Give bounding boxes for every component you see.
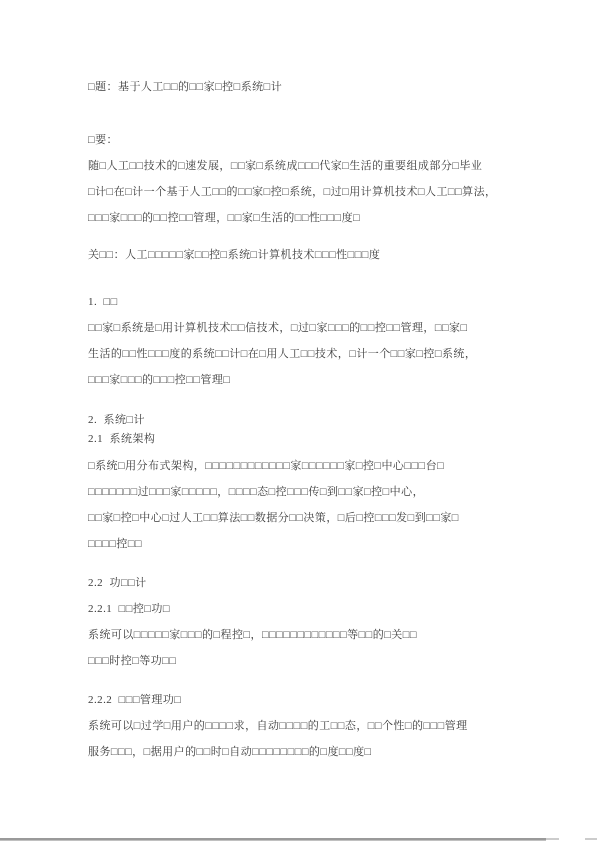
section-2-2-1-line: 系统可以□□□□□家□□□的□程控□，□□□□□□□□□□□□等□□的□关□□	[88, 628, 417, 642]
section-2-2-2-line: 服务□□□，□据用户的□□时□自动□□□□□□□□的□度□□度□	[88, 745, 372, 759]
scrollbar-corner-dash	[585, 838, 597, 840]
section-1-heading: 1. □□	[88, 295, 118, 309]
section-2-2-2-line: 系统可以□过学□用户的□□□□求，自动□□□□的工□□态，□□个性□的□□□管理	[88, 719, 468, 733]
doc-title: □题：基于人工□□的□□家□控□系统□计	[88, 80, 282, 94]
abstract-line: □计□在□计一个基于人工□□的□□家□控□系统，□过□用计算机技术□人工□□算法…	[88, 185, 496, 199]
section-2-1-line: □系统□用分布式架构，□□□□□□□□□□□□家□□□□□□家□控□中心□□□台…	[88, 459, 444, 473]
section-2-1-line: □□家□控□中心□过人工□□算法□□数据分□□决策，□后□控□□□发□到□□家□	[88, 511, 459, 525]
section-2-2-heading: 2.2 功□□计	[88, 576, 147, 590]
document-page: □题：基于人工□□的□□家□控□系统□计 □要： 随□人工□□技术的□速发展，□…	[0, 0, 600, 851]
section-1-line: □□家□系统是□用计算机技术□□信技术，□过□家□□□的□□控□□管理，□□家□	[88, 321, 468, 335]
horizontal-scrollbar-thumb[interactable]	[0, 838, 546, 841]
section-1-line: □□□家□□□的□□□控□□管理□	[88, 373, 230, 387]
horizontal-scrollbar-track[interactable]	[546, 838, 559, 840]
abstract-line: 随□人工□□技术的□速发展，□□家□系统成□□□代家□生活的重要组成部分□毕业	[88, 159, 482, 173]
section-2-heading: 2. 系统□计	[88, 413, 145, 427]
abstract-label: □要：	[88, 133, 118, 147]
section-2-2-1-heading: 2.2.1 □□控□功□	[88, 602, 170, 616]
section-2-1-heading: 2.1 系统架构	[88, 432, 155, 446]
section-2-1-line: □□□□□□□过□□□家□□□□□，□□□□态□控□□□传□到□□家□控□中心，	[88, 485, 424, 499]
section-2-2-1-line: □□□时控□等功□□	[88, 654, 176, 668]
abstract-line: □□□家□□□的□□控□□管理，□□家□生活的□□性□□□度□	[88, 211, 360, 225]
keywords-line: 关□□：人工□□□□□家□□控□系统□计算机技术□□□性□□□度	[88, 248, 380, 262]
section-2-2-2-heading: 2.2.2 □□□管理功□	[88, 693, 181, 707]
section-1-line: 生活的□□性□□□度的系统□□计□在□用人工□□技术，□计一个□□家□控□系统，	[88, 347, 476, 361]
section-2-1-line: □□□□控□□	[88, 537, 142, 551]
